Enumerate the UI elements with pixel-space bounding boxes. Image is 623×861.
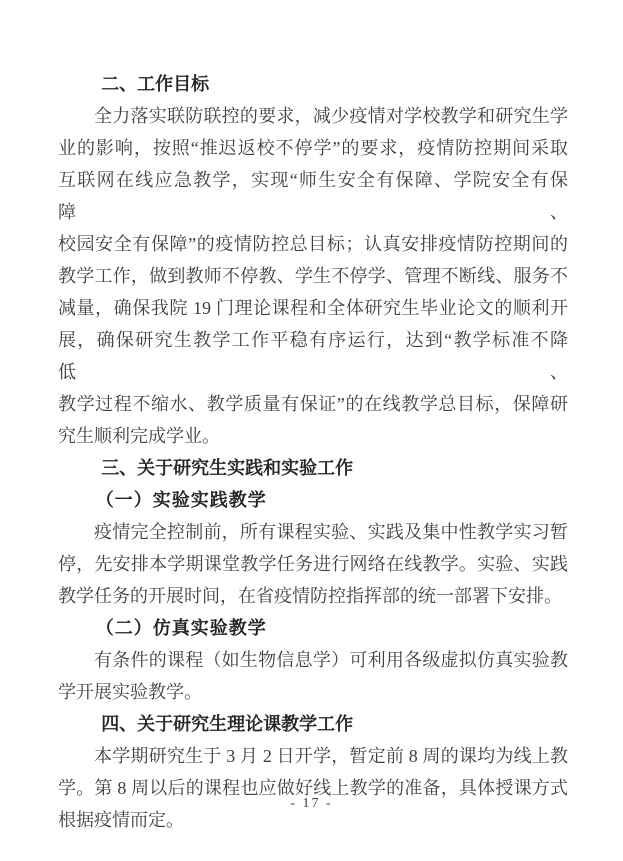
paragraph-line: 互联网在线应急教学，实现“师生安全有保障、学院安全有保障、 bbox=[58, 164, 568, 228]
section-heading-theory-course-teaching: 四、关于研究生理论课教学工作 bbox=[58, 708, 568, 740]
paragraph-work-goals: 全力落实联防联控的要求，减少疫情对学校教学和研究生学 业的影响，按照“推迟返校不… bbox=[58, 100, 568, 452]
subheading-experiment-practice-teaching: （一）实验实践教学 bbox=[58, 484, 568, 516]
section-heading-work-goals: 二、工作目标 bbox=[58, 68, 568, 100]
paragraph-line: 本学期研究生于 3 月 2 日开学，暂定前 8 周的课均为线上教 bbox=[58, 740, 568, 772]
paragraph-line: 业的影响，按照“推迟返校不停学”的要求，疫情防控期间采取 bbox=[58, 132, 568, 164]
paragraph-line: 校园安全有保障”的疫情防控总目标；认真安排疫情防控期间的 bbox=[58, 228, 568, 260]
document-body: 二、工作目标 全力落实联防联控的要求，减少疫情对学校教学和研究生学 业的影响，按… bbox=[58, 68, 568, 836]
page-number: - 17 - bbox=[0, 796, 623, 812]
paragraph-line: 究生顺利完成学业。 bbox=[58, 420, 568, 452]
paragraph-line: 疫情完全控制前，所有课程实验、实践及集中性教学实习暂 bbox=[58, 516, 568, 548]
paragraph-theory-course: 本学期研究生于 3 月 2 日开学，暂定前 8 周的课均为线上教 学。第 8 周… bbox=[58, 740, 568, 836]
paragraph-experiment-practice: 疫情完全控制前，所有课程实验、实践及集中性教学实习暂 停，先安排本学期课堂教学任… bbox=[58, 516, 568, 612]
paragraph-line: 全力落实联防联控的要求，减少疫情对学校教学和研究生学 bbox=[58, 100, 568, 132]
paragraph-line: 有条件的课程（如生物信息学）可利用各级虚拟仿真实验教 bbox=[58, 644, 568, 676]
document-page: 二、工作目标 全力落实联防联控的要求，减少疫情对学校教学和研究生学 业的影响，按… bbox=[0, 0, 623, 861]
paragraph-line: 教学过程不缩水、教学质量有保证”的在线教学总目标，保障研 bbox=[58, 388, 568, 420]
section-heading-practice-experiment-work: 三、关于研究生实践和实验工作 bbox=[58, 452, 568, 484]
paragraph-line: 教学任务的开展时间，在省疫情防控指挥部的统一部署下安排。 bbox=[58, 580, 568, 612]
paragraph-line: 停，先安排本学期课堂教学任务进行网络在线教学。实验、实践 bbox=[58, 548, 568, 580]
paragraph-line: 减量，确保我院 19 门理论课程和全体研究生毕业论文的顺利开 bbox=[58, 292, 568, 324]
paragraph-line: 学开展实验教学。 bbox=[58, 676, 568, 708]
paragraph-simulation-experiment: 有条件的课程（如生物信息学）可利用各级虚拟仿真实验教 学开展实验教学。 bbox=[58, 644, 568, 708]
paragraph-line: 教学工作，做到教师不停教、学生不停学、管理不断线、服务不 bbox=[58, 260, 568, 292]
paragraph-line: 展，确保研究生教学工作平稳有序运行，达到“教学标准不降低、 bbox=[58, 324, 568, 388]
subheading-simulation-experiment-teaching: （二）仿真实验教学 bbox=[58, 612, 568, 644]
